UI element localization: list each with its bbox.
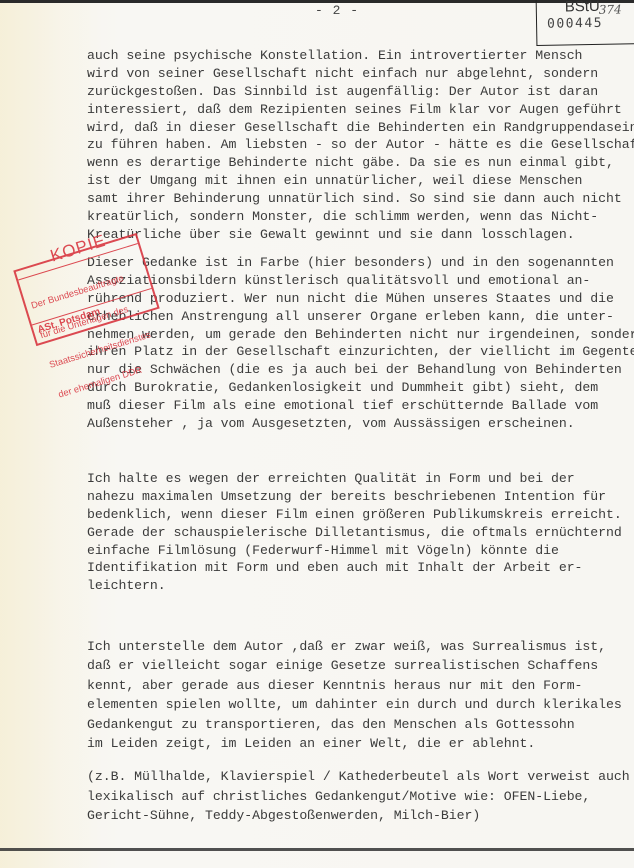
text-line: zu führen haben. Am liebsten - so der Au… (87, 136, 634, 154)
text-line: wird von seiner Gesellschaft nicht einfa… (87, 65, 634, 83)
text-line: Außensteher , ja vom Ausgesetzten, vom A… (87, 415, 634, 433)
stamp-line: Der Bundesbeauftragte (30, 270, 134, 311)
text-line: kreatürlich, sondern Monster, die schlim… (87, 208, 634, 226)
text-line: leichtern. (87, 577, 634, 595)
text-line: Kreatürliche über sie Gewalt gewinnt und… (87, 226, 634, 244)
paragraph-5-examples: (z.B. Müllhalde, Klavierspiel / Katheder… (87, 768, 634, 827)
paragraph-3: Ich halte es wegen der erreichten Qualit… (87, 470, 634, 595)
text-line: elementen spielen wollte, um dahinter ei… (87, 696, 634, 715)
text-line: nahezu maximalen Umsetzung der bereits b… (87, 488, 634, 506)
text-line: Gedankengut zu transportieren, das den M… (87, 716, 634, 735)
text-line: wird, daß in dieser Gesellschaft die Beh… (87, 119, 634, 137)
text-line: Ich unterstelle dem Autor ,daß er zwar w… (87, 638, 634, 657)
archive-stamp: BStU 374 000445 (536, 0, 634, 46)
text-line: bedenklich, wenn dieser Film einen größe… (87, 506, 634, 524)
text-line: nur die Schwächen (die es ja auch bei de… (87, 361, 634, 379)
handwritten-number: 374 (599, 2, 622, 16)
paragraph-2: Dieser Gedanke ist in Farbe (hier besond… (87, 254, 634, 433)
text-line: erheblichen Anstrengung all unserer Orga… (87, 308, 634, 326)
text-line: Assoziationsbildern künstlerisch qualitä… (87, 272, 634, 290)
text-line: Identifikation mit Form und eben auch mi… (87, 559, 634, 577)
paragraph-4: Ich unterstelle dem Autor ,daß er zwar w… (87, 638, 634, 754)
text-line: Ich halte es wegen der erreichten Qualit… (87, 470, 634, 488)
text-line: Gericht-Sühne, Teddy-Abgestoßenwerden, M… (87, 807, 634, 827)
text-line: einfache Filmlösung (Federwurf-Himmel mi… (87, 542, 634, 560)
text-line: Dieser Gedanke ist in Farbe (hier besond… (87, 254, 634, 272)
document-page: - 2 - BStU 374 000445 auch seine psychis… (0, 0, 634, 868)
text-line: nehmen werden, um gerade den Behinderten… (87, 326, 634, 344)
text-line: zurückgestoßen. Das Sinnbild ist augenfä… (87, 83, 634, 101)
paper-shading (0, 0, 100, 868)
text-line: daß er vielleicht sogar einige Gesetze s… (87, 657, 634, 676)
stamp-line: Staatssicherheitsdienstes (48, 330, 152, 371)
text-line: samt ihrer Behinderung unnatürlich sind.… (87, 190, 634, 208)
text-line: kennt, aber gerade aus dieser Kenntnis h… (87, 677, 634, 696)
text-line: wenn es derartige Behinderte nicht gäbe.… (87, 154, 634, 172)
text-line: auch seine psychische Konstellation. Ein… (87, 47, 634, 65)
paragraph-1: auch seine psychische Konstellation. Ein… (87, 47, 634, 244)
text-line: durch Burokratie, Gedankenlosigkeit und … (87, 379, 634, 397)
text-line: ihren Platz in der Gesellschaft einzuric… (87, 343, 634, 361)
page-number: - 2 - (315, 3, 359, 18)
stamp-line: der ehemaligen DDR (57, 360, 161, 401)
text-line: ist der Umgang mit ihnen ein unnatürlich… (87, 172, 634, 190)
text-line: Gerade der schauspielerische Dilletantis… (87, 524, 634, 542)
bottom-scan-edge (0, 848, 634, 851)
text-line: (z.B. Müllhalde, Klavierspiel / Katheder… (87, 768, 634, 788)
archive-agency: BStU (565, 0, 600, 15)
text-line: im Leiden zeigt, im Leiden an einer Welt… (87, 735, 634, 754)
document-number: 000445 (547, 16, 603, 32)
text-line: interessiert, daß dem Rezipienten seines… (87, 101, 634, 119)
text-line: muß dieser Film als eine emotional tief … (87, 397, 634, 415)
text-line: rührend produziert. Wer nun nicht die Mü… (87, 290, 634, 308)
text-line: lexikalisch auf christliches Gedankengut… (87, 788, 634, 808)
